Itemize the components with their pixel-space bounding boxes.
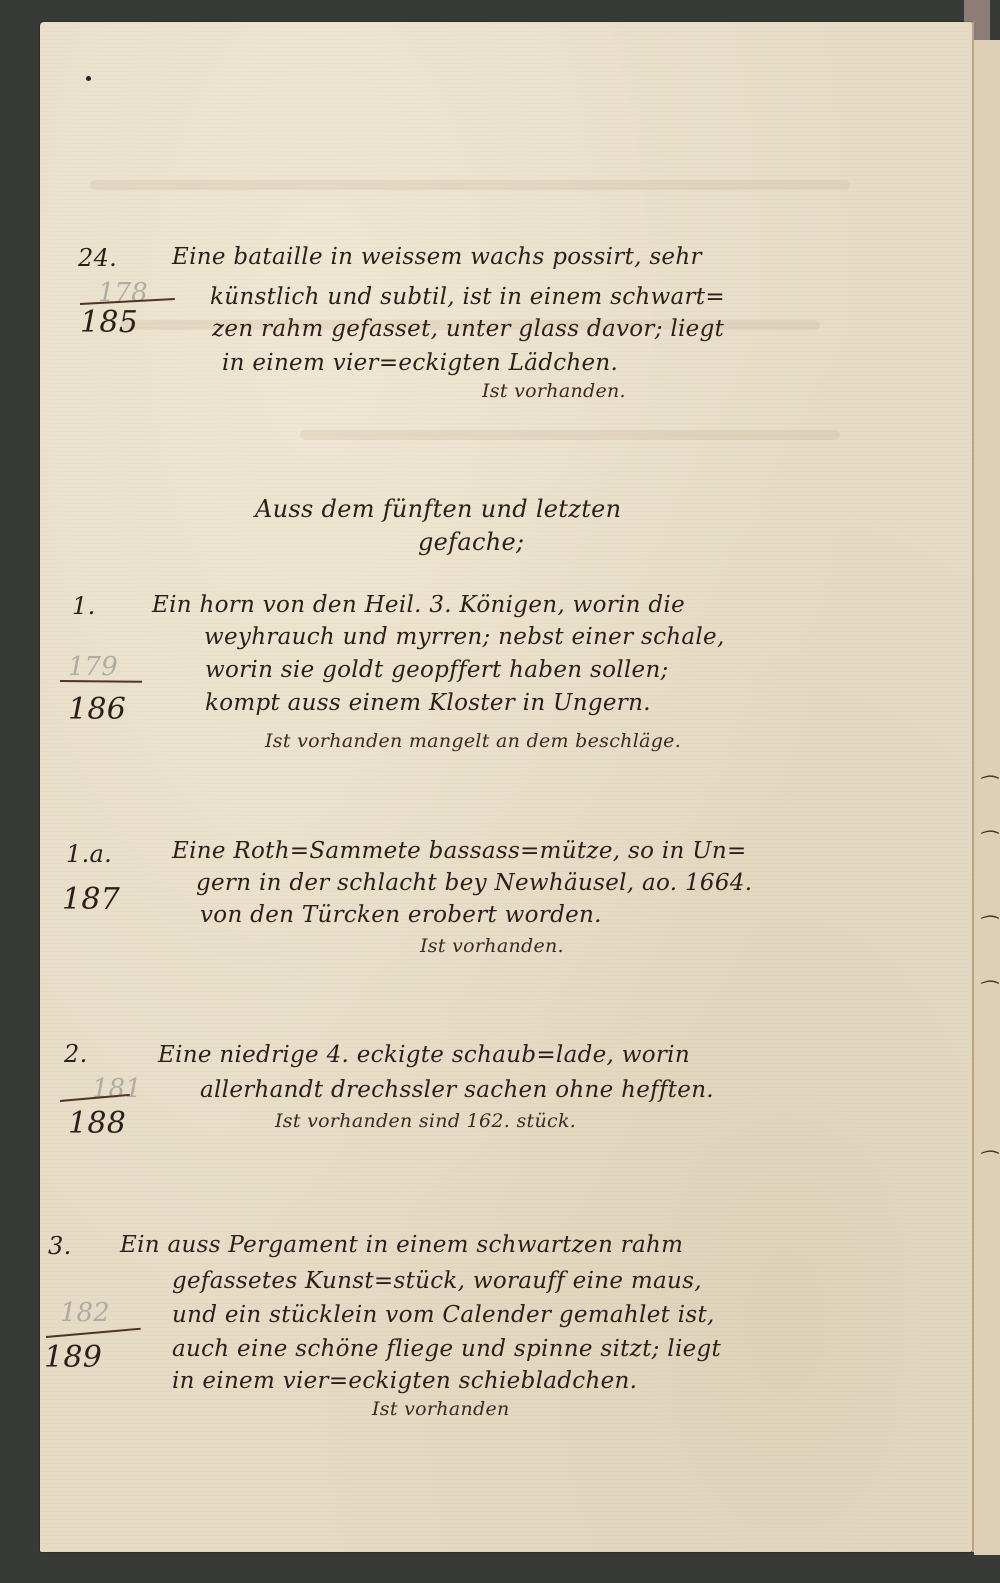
fragment: ⁀ [978, 1150, 994, 1174]
entry-marker: 24. [78, 244, 117, 272]
show-through [90, 180, 850, 190]
old-number: 179 [68, 652, 118, 682]
entry-note: Ist vorhanden sind 162. stück. [275, 1110, 576, 1132]
entry-line: von den Türcken erobert worden. [200, 902, 602, 928]
entry-line: zen rahm gefasset, unter glass davor; li… [212, 316, 724, 342]
entry-line: auch eine schöne fliege und spinne sitzt… [172, 1336, 721, 1362]
entry-line: Eine Roth=Sammete bassass=mütze, so in U… [172, 838, 747, 864]
entry-marker: 2. [64, 1040, 88, 1068]
old-number: 182 [60, 1298, 110, 1328]
page-gutter [972, 22, 974, 1552]
fragment: ⁀ [978, 915, 994, 939]
entry-number: 189 [44, 1340, 102, 1375]
entry-number: 187 [62, 882, 120, 917]
entry-note: Ist vorhanden. [482, 380, 626, 402]
entry-line: kompt auss einem Kloster in Ungern. [205, 690, 651, 716]
entry-line: Ein horn von den Heil. 3. Königen, worin… [152, 592, 685, 618]
entry-line: weyhrauch und myrren; nebst einer schale… [204, 624, 725, 650]
entry-line: in einem vier=eckigten schiebladchen. [172, 1368, 637, 1394]
fragment: ⁀ [978, 830, 994, 854]
old-number: 181 [92, 1074, 142, 1104]
show-through [300, 430, 840, 440]
entry-line: worin sie goldt geopffert haben sollen; [205, 657, 669, 683]
entry-marker: 1. [72, 592, 96, 620]
entry-note: Ist vorhanden. [420, 935, 564, 957]
entry-number: 188 [68, 1106, 126, 1141]
entry-marker: 1.a. [66, 840, 112, 868]
entry-line: Eine niedrige 4. eckigte schaub=lade, wo… [158, 1042, 690, 1068]
entry-line: künstlich und subtil, ist in einem schwa… [210, 284, 725, 310]
ink-dot [86, 76, 91, 81]
entry-line: allerhandt drechssler sachen ohne heffte… [200, 1077, 714, 1103]
entry-number: 185 [80, 305, 138, 340]
entry-line: gefassetes Kunst=stück, worauff eine mau… [172, 1268, 702, 1294]
fragment: ⁀ [978, 775, 994, 799]
entry-line: und ein stücklein vom Calender gemahlet … [172, 1302, 715, 1328]
heading-line: gefache; [418, 528, 524, 556]
entry-number: 186 [68, 692, 126, 727]
entry-line: in einem vier=eckigten Lädchen. [222, 350, 618, 376]
entry-marker: 3. [48, 1232, 72, 1260]
entry-note: Ist vorhanden mangelt an dem beschläge. [265, 730, 681, 752]
entry-line: Eine bataille in weissem wachs possirt, … [172, 244, 702, 270]
entry-line: gern in der schlacht bey Newhäusel, ao. … [196, 870, 752, 896]
heading-line: Auss dem fünften und letzten [255, 495, 621, 523]
entry-note: Ist vorhanden [372, 1398, 510, 1420]
fragment: ⁀ [978, 980, 994, 1004]
entry-line: Ein auss Pergament in einem schwartzen r… [120, 1232, 683, 1258]
